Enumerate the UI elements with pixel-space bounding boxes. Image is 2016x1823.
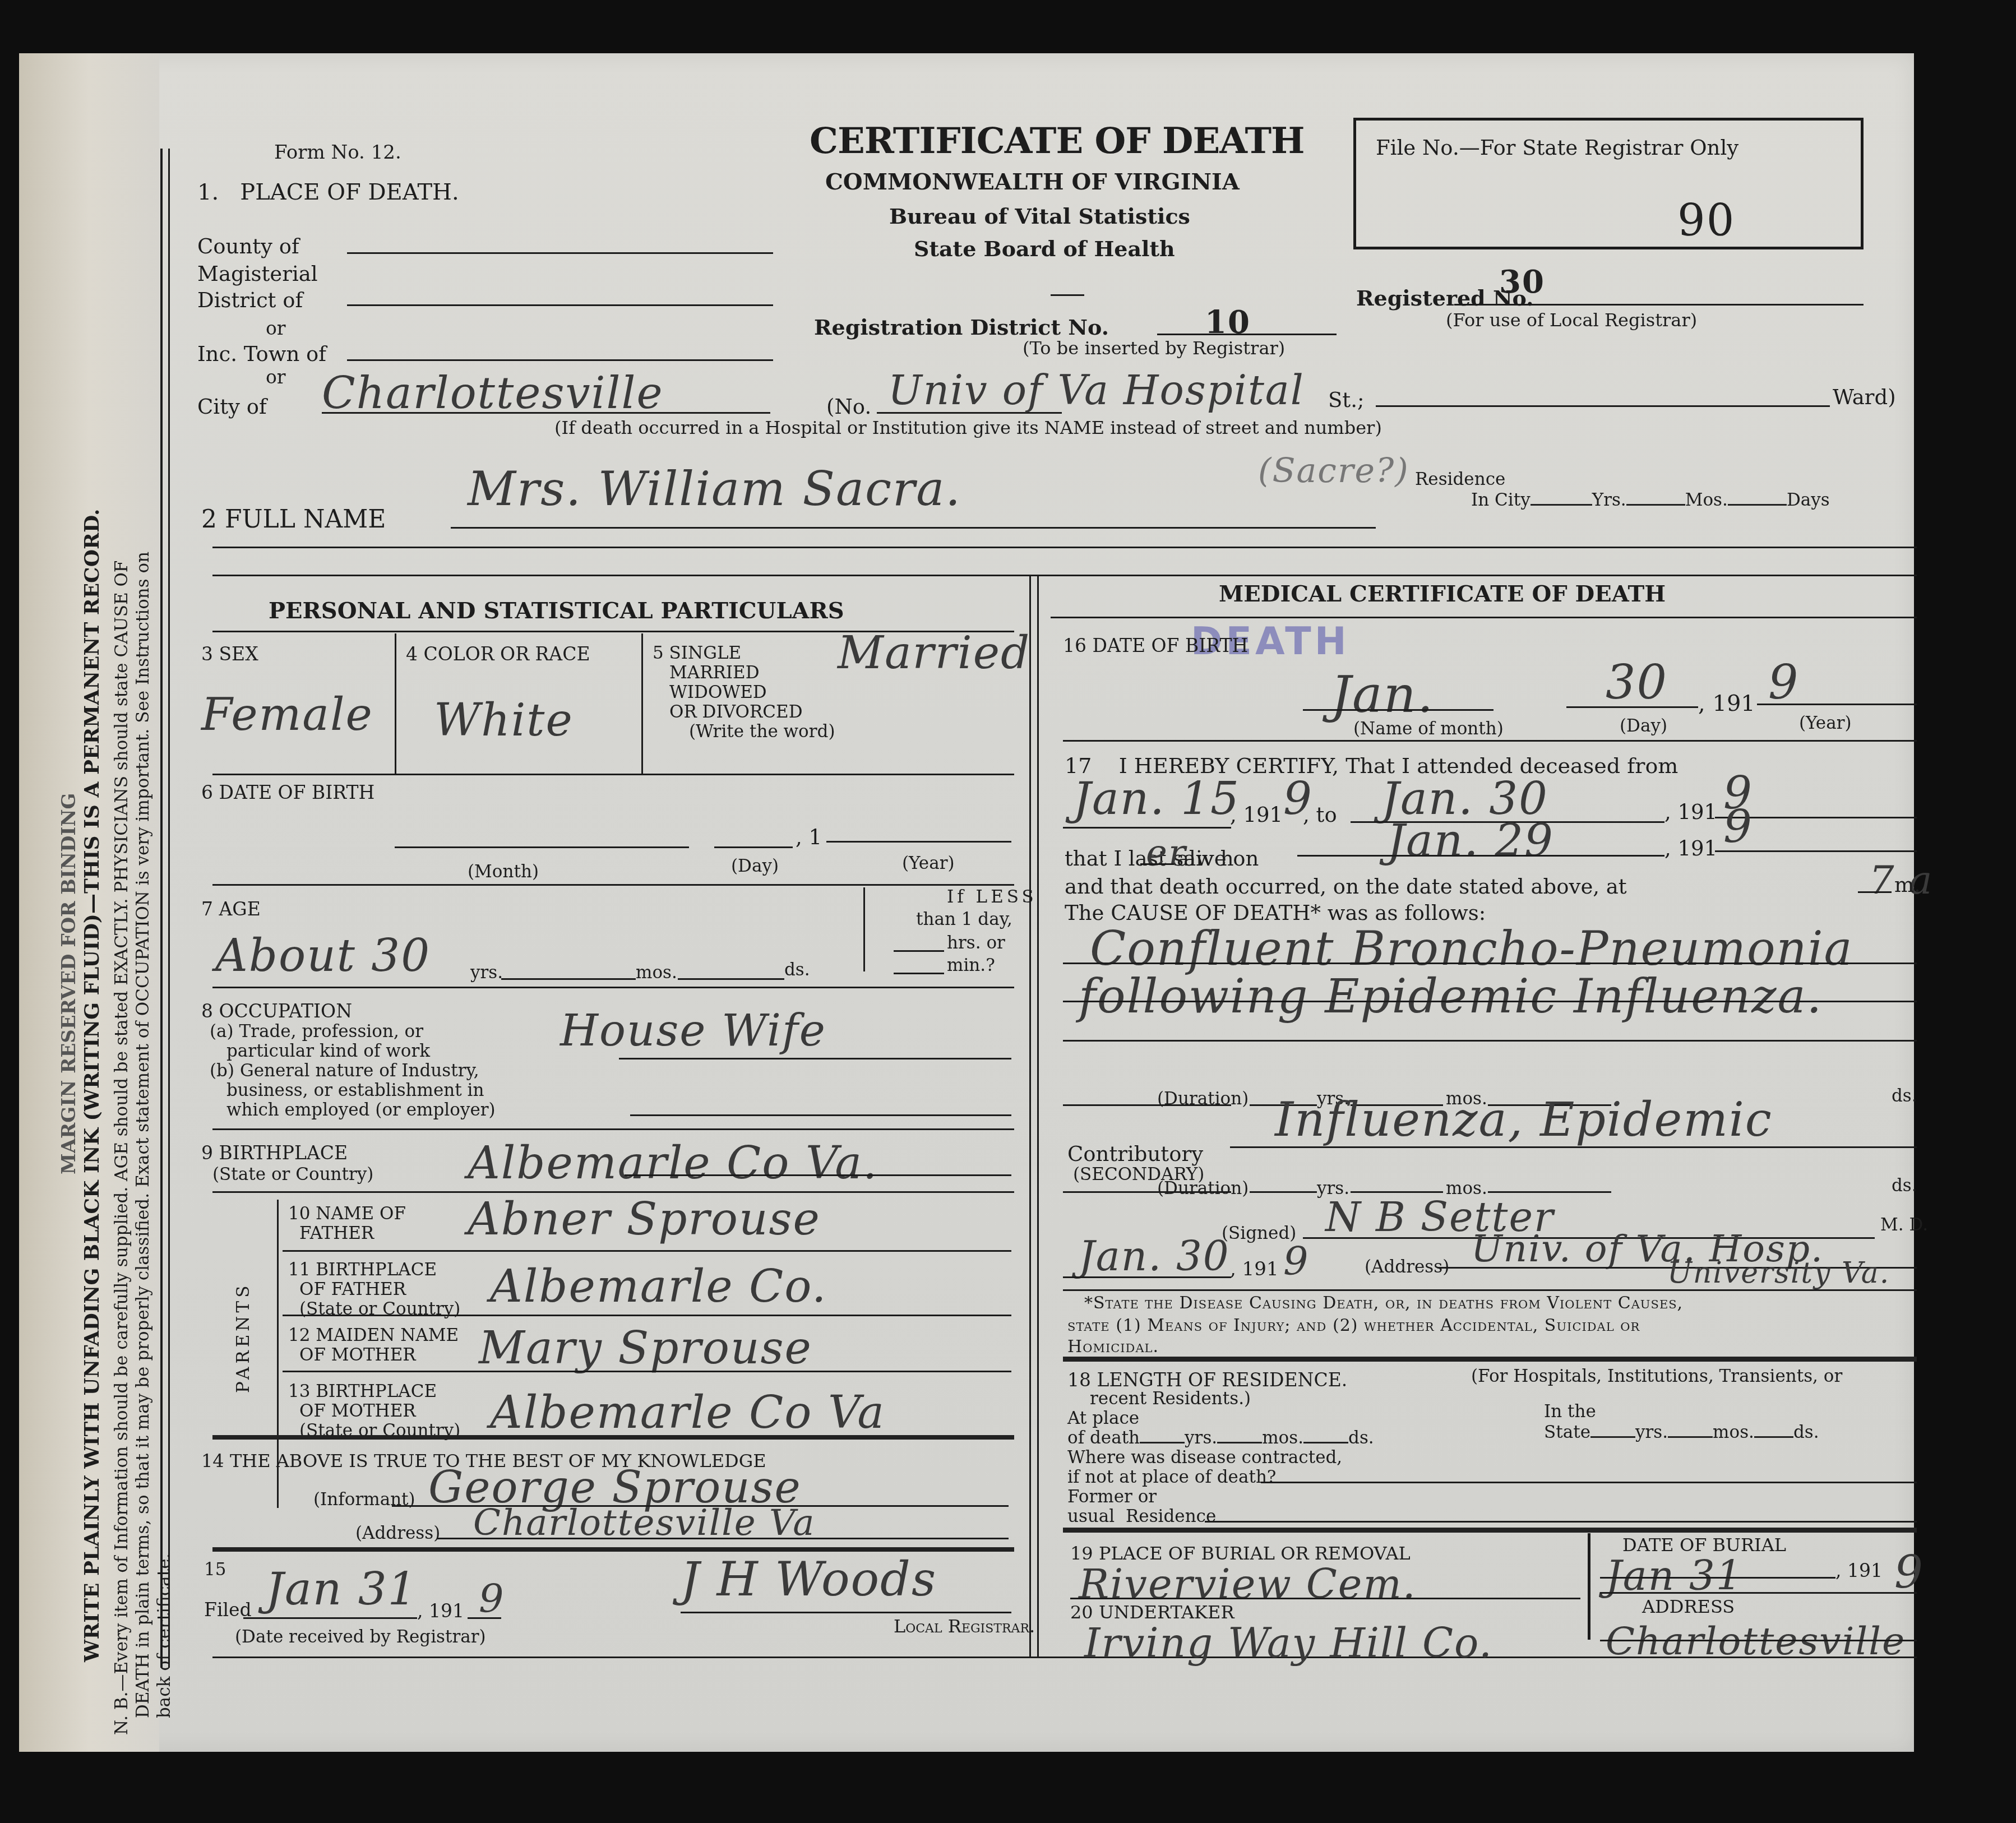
in-state-row: Stateyrs.mos.ds. <box>1544 1424 1819 1441</box>
mother-name-value: Mary Sprouse <box>479 1326 812 1371</box>
marital-label-single: 5 SINGLE <box>653 645 741 662</box>
birthplace-sub: (State or Country) <box>212 1166 373 1183</box>
form-number: Form No. 12. <box>274 143 401 162</box>
sex-value: Female <box>201 692 373 737</box>
undertaker-address-value: Charlottesville <box>1606 1623 1906 1661</box>
date-of-death-year-prefix: , 191 <box>1698 692 1755 715</box>
footnote-line-3: Homicidal. <box>1067 1339 1159 1355</box>
age-ds: ds. <box>784 961 810 979</box>
street-label: St.; <box>1328 390 1364 410</box>
duration-label: (Duration) <box>1157 1180 1249 1197</box>
personal-heading: PERSONAL AND STATISTICAL PARTICULARS <box>269 600 844 622</box>
father-name-label: 10 NAME OF <box>288 1205 406 1223</box>
full-name-label: 2 FULL NAME <box>201 507 386 532</box>
dod-day-caption: (Day) <box>1620 718 1667 735</box>
town-label: Inc. Town of <box>197 344 326 364</box>
physician-address-value-2: University Va. <box>1667 1258 1890 1288</box>
age-value: About 30 <box>215 933 431 978</box>
father-birthplace-label: 11 BIRTHPLACE <box>288 1261 437 1279</box>
burial-year-prefix: , 191 <box>1835 1561 1883 1580</box>
margin-ink-note: WRITE PLAINLY WITH UNFADING BLACK INK (W… <box>82 509 102 1662</box>
contracted-label-2: if not at place of death? <box>1067 1469 1276 1486</box>
occupation-label: 8 OCCUPATION <box>201 1002 352 1020</box>
duration-ds: ds. <box>1892 1177 1917 1195</box>
date-of-death-day: 30 <box>1606 659 1668 706</box>
alive-on-label: alive on <box>1177 848 1259 869</box>
cause-of-death-label: The CAUSE OF DEATH* was as follows: <box>1065 903 1486 923</box>
less-than-label: than 1 day, <box>916 911 1012 928</box>
mos-label: mos. <box>1262 1428 1303 1448</box>
registration-district-value: 10 <box>1205 307 1251 338</box>
city-label: City of <box>197 396 267 417</box>
attended-to-year-prefix: , 191 <box>1664 802 1717 822</box>
footnote-line-2: state (1) Means of Injury; and (2) wheth… <box>1067 1317 1640 1334</box>
contributory-value: Influenza, Epidemic <box>1275 1096 1773 1143</box>
filed-label: Filed <box>204 1600 252 1619</box>
marital-note: (Write the word) <box>689 723 835 741</box>
dod-year-caption: (Year) <box>1799 715 1852 732</box>
mother-name-label-2: OF MOTHER <box>299 1347 416 1364</box>
birthplace-label: 9 BIRTHPLACE <box>201 1144 348 1162</box>
margin-binding-note: MARGIN RESERVED FOR BINDING <box>59 793 78 1175</box>
or-label: or <box>266 319 286 337</box>
father-birthplace-label-2: OF FATHER <box>299 1281 406 1298</box>
dob-month-caption: (Month) <box>468 863 539 881</box>
filed-date-value: Jan 31 <box>266 1567 418 1612</box>
age-mos: mos. <box>636 964 677 982</box>
yrs-label: Yrs. <box>1592 490 1626 510</box>
occupation-b-2: business, or establishment in <box>226 1082 484 1099</box>
at-place-of-death-row: of deathyrs.mos.ds. <box>1067 1429 1374 1447</box>
hospital-note: (If death occurred in a Hospital or Inst… <box>554 419 1382 437</box>
margin-rule <box>160 149 163 1668</box>
bureau-subtitle: Bureau of Vital Statistics <box>889 206 1190 227</box>
cause-of-death-line-1: Confluent Broncho-Pneumonia <box>1090 925 1853 972</box>
county-label: County of <box>197 236 299 257</box>
registration-district-note: (To be inserted by Registrar) <box>1023 339 1285 357</box>
dob-year-caption: (Year) <box>902 855 955 872</box>
mos-label: mos. <box>1713 1422 1754 1442</box>
city-value: Charlottesville <box>322 372 664 415</box>
full-name-value: Mrs. William Sacra. <box>468 465 961 512</box>
physician-address-label: (Address) <box>1365 1258 1449 1276</box>
dob-day-caption: (Day) <box>731 858 779 875</box>
death-occurred-label: and that death occurred, on the date sta… <box>1065 876 1627 897</box>
duration-ds: ds. <box>1892 1088 1917 1105</box>
certificate-title: CERTIFICATE OF DEATH <box>810 123 1305 159</box>
attended-from-date: Jan. 15 <box>1073 776 1240 821</box>
file-number-label: File No.—For State Registrar Only <box>1376 137 1738 158</box>
race-label: 4 COLOR OR RACE <box>406 645 590 663</box>
less-than-label: min.? <box>947 957 995 974</box>
full-name-annotation: (Sacre?) <box>1258 454 1409 488</box>
last-saw-year-prefix: , 191 <box>1664 838 1717 859</box>
of-death-label: of death <box>1067 1428 1140 1448</box>
age-label: 7 AGE <box>201 900 261 918</box>
mother-name-label: 12 MAIDEN NAME <box>288 1327 459 1344</box>
burial-date-value: Jan 31 <box>1606 1556 1743 1596</box>
at-place-label: At place <box>1067 1410 1139 1427</box>
signature-year-prefix: , 191 <box>1230 1260 1279 1279</box>
undertaker-address-label: ADDRESS <box>1642 1598 1735 1616</box>
md-label: M. D. <box>1880 1216 1928 1234</box>
dob-label: 6 DATE OF BIRTH <box>201 783 374 802</box>
footnote-line-1: *State the Disease Causing Death, or, in… <box>1084 1295 1683 1312</box>
signature-year-digit: 9 <box>1283 1242 1310 1281</box>
age-yrs: yrs. <box>470 964 503 982</box>
filed-number: 15 <box>204 1561 226 1579</box>
yrs-label: yrs. <box>1185 1428 1217 1448</box>
registrar-signature: J H Woods <box>681 1556 937 1603</box>
burial-place-label: 19 PLACE OF BURIAL OR REMOVAL <box>1070 1544 1411 1562</box>
attended-from-year-prefix: , 191 <box>1230 804 1283 825</box>
ds-label: ds. <box>1348 1428 1374 1448</box>
margin-nb-note-1: N. B.—Every item of Information should b… <box>113 561 131 1735</box>
former-residence-label: Former or <box>1067 1488 1157 1506</box>
date-of-death-month: Jan. <box>1331 670 1434 720</box>
mos-label: Mos. <box>1685 490 1728 510</box>
medical-heading: MEDICAL CERTIFICATE OF DEATH <box>1219 583 1666 605</box>
board-subtitle: State Board of Health <box>914 238 1175 260</box>
less-than-label: hrs. or <box>947 934 1005 952</box>
marital-label-widowed: WIDOWED <box>669 684 767 701</box>
former-residence-label-2: usual Residence <box>1067 1508 1216 1525</box>
file-number-value: 90 <box>1677 199 1735 243</box>
death-certificate: MARGIN RESERVED FOR BINDING WRITE PLAINL… <box>19 53 1914 1752</box>
residence-in-city-label: In CityYrs.Mos.Days <box>1471 492 1830 509</box>
occupation-a-2: particular kind of work <box>226 1043 430 1060</box>
registered-value: 30 <box>1499 266 1545 298</box>
registered-note: (For use of Local Registrar) <box>1446 311 1697 329</box>
dod-month-caption: (Name of month) <box>1353 720 1504 738</box>
local-registrar-label: Local Registrar. <box>894 1617 1035 1635</box>
magisterial-label: Magisterial <box>197 263 318 284</box>
margin-nb-note-2: DEATH in plain terms, so that it may be … <box>135 552 152 1718</box>
race-value: White <box>434 698 574 743</box>
registration-district-label: Registration District No. <box>814 317 1109 338</box>
marital-label-divorced: OR DIVORCED <box>669 704 803 721</box>
contributory-label: Contributory <box>1067 1144 1203 1164</box>
father-name-value: Abner Sprouse <box>468 1197 821 1242</box>
undertaker-value: Irving Way Hill Co. <box>1084 1623 1493 1663</box>
date-of-death-year-digit: 9 <box>1768 659 1799 706</box>
signature-date: Jan. 30 <box>1079 1236 1230 1276</box>
date-of-death-label: 16 DATE OF BIRTH <box>1063 636 1248 655</box>
residence-label: Residence <box>1415 471 1505 488</box>
margin-rule <box>168 149 170 1668</box>
less-than-label: If LESS <box>947 889 1037 906</box>
or-label: or <box>266 368 286 386</box>
duration-label: (Duration) <box>1157 1090 1249 1108</box>
place-of-death-heading: 1. PLACE OF DEATH. <box>197 181 459 203</box>
last-saw-date: Jan. 29 <box>1387 818 1554 863</box>
informant-address-value: Charlottesville Va <box>473 1505 815 1541</box>
commonwealth-subtitle: COMMONWEALTH OF VIRGINIA <box>825 171 1240 193</box>
institution-value: Univ of Va Hospital <box>888 370 1305 410</box>
days-label: Days <box>1787 490 1830 510</box>
last-saw-year-digit: 9 <box>1723 804 1753 849</box>
length-of-residence-label: 18 LENGTH OF RESIDENCE. <box>1067 1371 1347 1389</box>
father-birthplace-value: Albemarle Co. <box>490 1264 827 1309</box>
marital-value: Married <box>838 631 1030 675</box>
cause-of-death-line-2: following Epidemic Influenza. <box>1079 973 1823 1020</box>
in-city-label: In City <box>1471 490 1531 510</box>
filed-year-prefix: , 191 <box>417 1602 464 1620</box>
occupation-b-1: (b) General nature of Industry, <box>210 1062 479 1080</box>
yrs-label: yrs. <box>1635 1422 1668 1442</box>
to-label: , to <box>1303 804 1337 825</box>
burial-date-label: DATE OF BURIAL <box>1622 1536 1786 1554</box>
state-label: State <box>1544 1422 1590 1442</box>
burial-year-digit: 9 <box>1894 1550 1924 1595</box>
mother-birthplace-label: 13 BIRTHPLACE <box>288 1383 437 1400</box>
ward-label: Ward) <box>1833 387 1896 408</box>
informant-address-label: (Address) <box>355 1525 440 1542</box>
mother-birthplace-label-2: OF MOTHER <box>299 1403 416 1420</box>
occupation-a-1: (a) Trade, profession, or <box>210 1023 423 1040</box>
length-of-residence-note-2: recent Residents.) <box>1090 1390 1251 1408</box>
dob-year-prefix: , 1 <box>796 827 822 848</box>
margin-nb-note-3: back of certificate. <box>156 1553 173 1718</box>
marital-label-married: MARRIED <box>669 664 760 682</box>
parents-label: PARENTS <box>235 1283 252 1393</box>
street-no-label: (No. <box>826 396 871 417</box>
mother-birthplace-value: Albemarle Co Va <box>490 1390 885 1435</box>
occupation-value: House Wife <box>560 1009 826 1053</box>
district-label: District of <box>197 290 303 311</box>
filed-note: (Date received by Registrar) <box>235 1628 486 1646</box>
occupation-b-3: which employed (or employer) <box>226 1102 496 1119</box>
sex-label: 3 SEX <box>201 645 258 663</box>
father-name-label-2: FATHER <box>299 1225 374 1242</box>
am-pm-label: m. <box>1894 875 1921 895</box>
ds-label: ds. <box>1793 1422 1819 1442</box>
length-of-residence-note: (For Hospitals, Institutions, Transients… <box>1471 1368 1842 1385</box>
filed-year-digit: 9 <box>479 1579 505 1618</box>
in-the-label: In the <box>1544 1403 1596 1421</box>
contracted-label: Where was disease contracted, <box>1067 1449 1342 1466</box>
undertaker-label: 20 UNDERTAKER <box>1070 1603 1234 1621</box>
birthplace-value: Albemarle Co Va. <box>468 1141 878 1186</box>
